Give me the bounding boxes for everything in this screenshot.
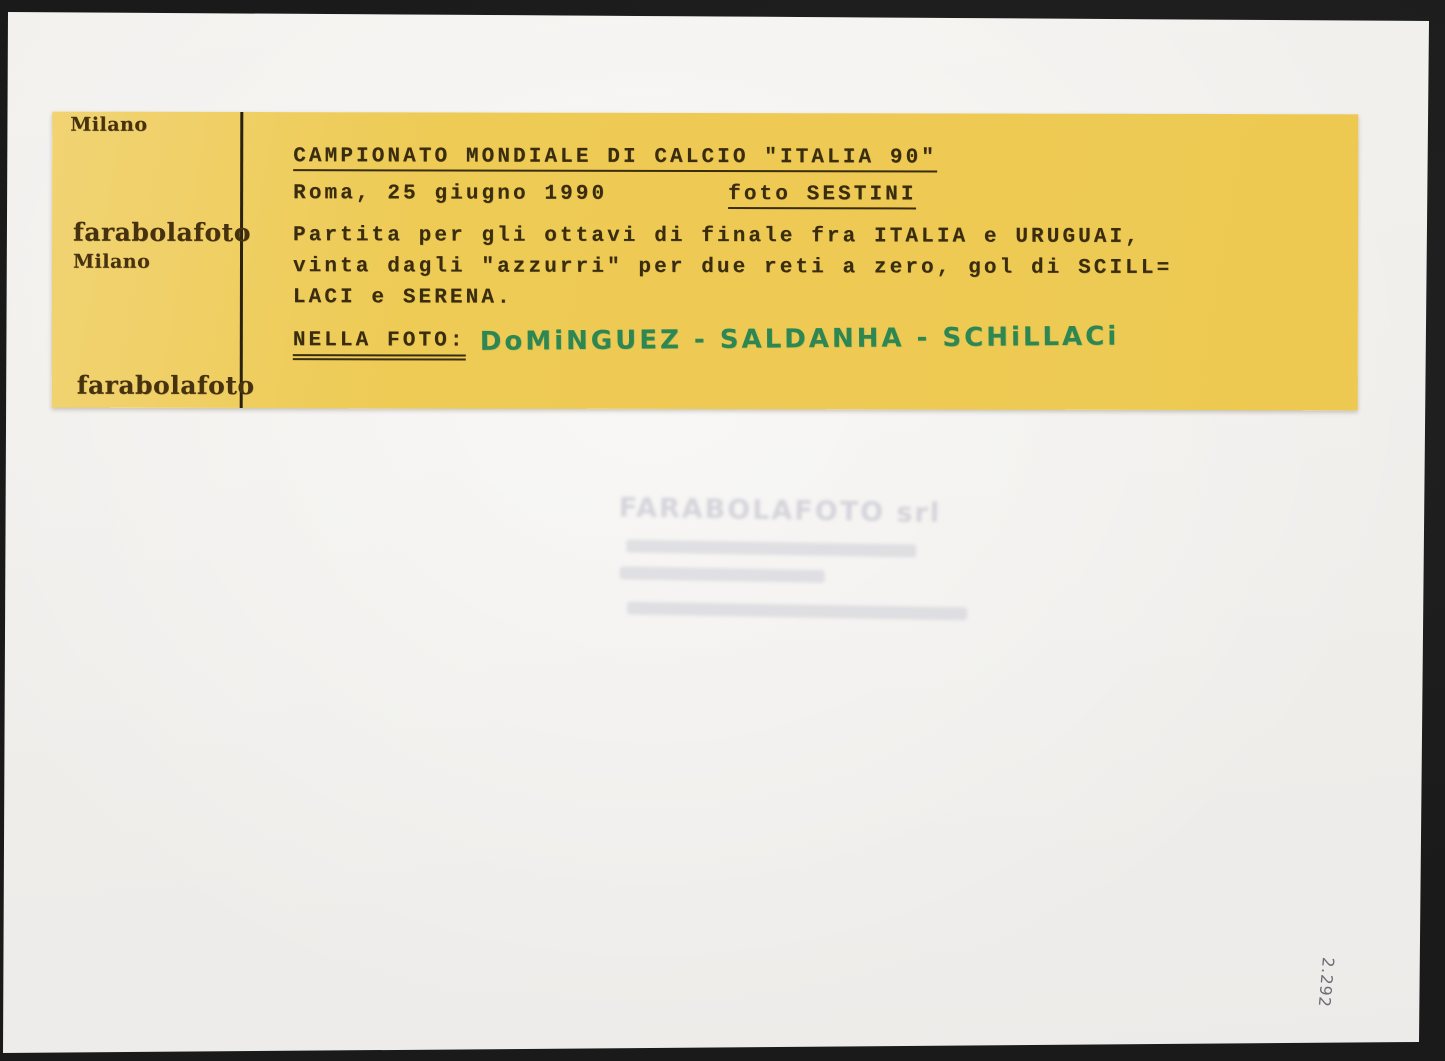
caption-in-photo-label: NELLA FOTO: [293, 329, 466, 352]
caption-body-line: Partita per gli ottavi di finale fra ITA… [293, 224, 1141, 249]
faint-agency-stamp: FARABOLAFOTO srl [617, 492, 1039, 621]
stamp-city-top: Milano [70, 114, 147, 136]
handwritten-player-names: DoMiNGUEZ - SALDANHA - SCHiLLACi [480, 322, 1120, 357]
stamp-agency-middle: farabolafoto [73, 218, 251, 247]
caption-photo-credit: foto SESTINI [728, 183, 916, 206]
scanned-photo-back: { "photo_back": { "catalog_number": "2.2… [0, 0, 1445, 1061]
caption-body-line: LACI e SERENA. [293, 286, 513, 309]
faint-stamp-illegible-line [627, 602, 967, 621]
caption-in-photo-label-text: NELLA FOTO: [293, 329, 466, 360]
stamp-agency-bottom: farabolafoto [77, 371, 255, 400]
faint-agency-stamp-company: FARABOLAFOTO srl [619, 492, 1039, 530]
caption-dateline: Roma, 25 giugno 1990 [293, 182, 607, 206]
caption-photo-credit-text: foto SESTINI [728, 183, 916, 209]
label-divider-line [240, 112, 244, 408]
faint-stamp-illegible-line [620, 566, 825, 583]
caption-title-text: CAMPIONATO MONDIALE DI CALCIO "ITALIA 90… [293, 145, 937, 172]
faint-stamp-illegible-line [626, 539, 916, 557]
caption-title: CAMPIONATO MONDIALE DI CALCIO "ITALIA 90… [293, 145, 937, 169]
pencil-catalog-number: 2.292 [1315, 956, 1338, 1008]
caption-label: Milano farabolafoto Milano farabolafoto … [52, 112, 1359, 411]
caption-body-line: vinta dagli "azzurri" per due reti a zer… [293, 255, 1172, 280]
stamp-city-middle: Milano [73, 251, 150, 273]
